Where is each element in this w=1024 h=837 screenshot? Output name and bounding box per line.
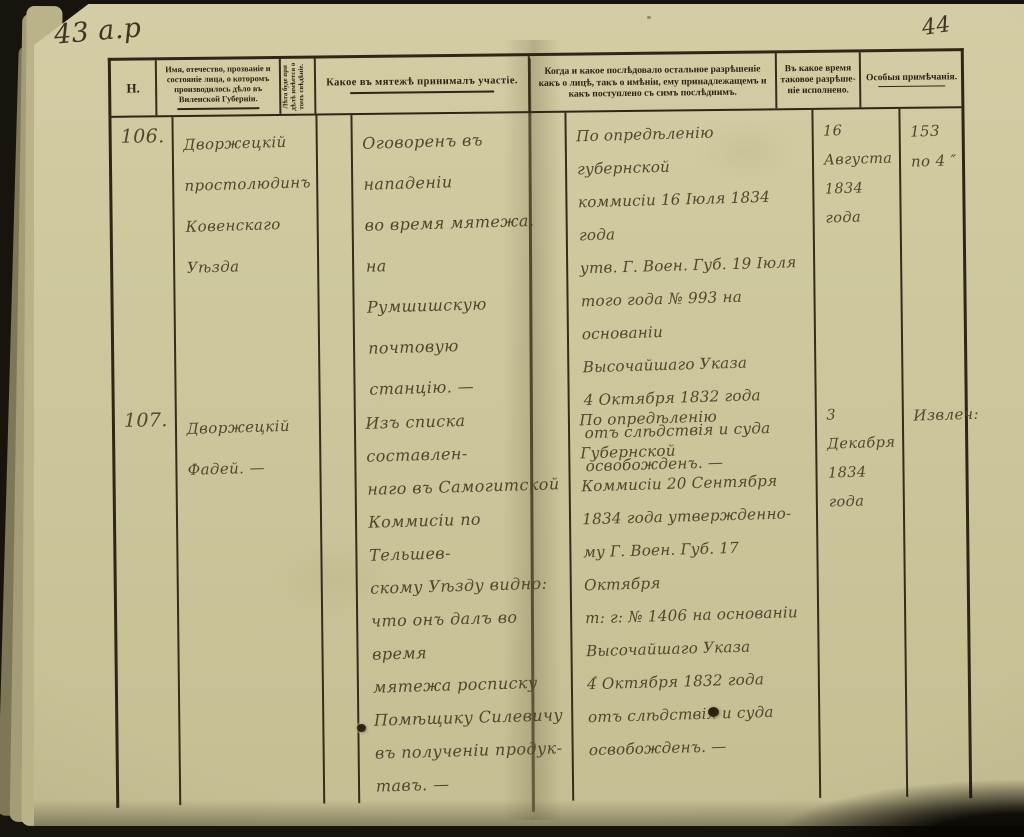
column-participation: Оговоренъ въ нападеніи во время мятежа, …: [353, 113, 575, 803]
header-execution-time: Въ какое время таковое разрѣше­ніе испол…: [777, 52, 862, 108]
entry-107-number: 107.: [115, 397, 180, 806]
header-name: Имя, отечество, прозваніе и состояніе ли…: [157, 59, 282, 115]
header-execution-time-label: Въ какое время таковое разрѣше­ніе испол…: [780, 63, 856, 97]
header-resolution: Когда и какое послѣдовало остальное разр…: [530, 53, 778, 111]
header-participation-label: Какое въ мятежѣ принималъ участіе.: [326, 75, 518, 89]
column-resolution: По опредѣленію губернской коммисіи 16 Ію…: [567, 110, 822, 801]
table-header-row: Н. Имя, отечество, прозваніе и состояніе…: [111, 51, 962, 118]
header-participation: Какое въ мятежѣ принималъ участіе.: [316, 56, 531, 113]
entry-107-name: Дворжецкій Фадей. —: [177, 393, 331, 805]
entry-107-execution-time: 3 Декабря 1834 года: [817, 387, 913, 797]
scan-shadow: [724, 767, 1024, 837]
worm-hole: [708, 707, 719, 717]
column-number: 106. 107.: [111, 117, 181, 806]
paper-speck: [594, 676, 597, 679]
entry-106-participation: Оговоренъ въ нападеніи во время мятежа, …: [353, 109, 573, 395]
entry-106-resolution: По опредѣленію губернской коммисіи 16 Ію…: [567, 106, 820, 393]
entry-106-number: 106.: [111, 117, 174, 398]
header-rule: [350, 91, 494, 94]
folio-number-right: 44: [920, 12, 952, 41]
worm-hole: [357, 724, 366, 732]
entry-106-execution-time: 16 Августа 1834 года: [814, 107, 907, 389]
header-number: Н.: [111, 60, 158, 116]
header-age: Лѣта буде при дѣлѣ имѣется о томъ свѣ­дѣ…: [281, 59, 317, 114]
table-body: 106. 107. Дворжецкій простолюдинъ Ковенс…: [111, 108, 969, 806]
header-number-label: Н.: [126, 80, 140, 96]
paper-speck: [647, 16, 651, 19]
header-name-label: Имя, отечество, прозваніе и состояніе ли…: [160, 64, 276, 105]
header-rule: [178, 107, 259, 110]
header-remarks: Особыя примѣча­нія.: [861, 51, 963, 107]
entry-107-participation: Изъ списка составлен- наго въ Самогитско…: [356, 389, 580, 803]
column-execution-time: 16 Августа 1834 года 3 Декабря 1834 года: [814, 109, 908, 798]
register-table: Н. Имя, отечество, прозваніе и состояніе…: [108, 48, 972, 808]
entry-106-remarks: 153 по 4 ″: [900, 106, 1009, 389]
header-remarks-label: Особыя примѣча­нія.: [866, 71, 957, 83]
header-rule: [878, 85, 945, 87]
entry-107-resolution: По опредѣленію Губернской Коммисіи 20 Се…: [570, 386, 827, 801]
entry-107-remarks: Извлеч:: [904, 386, 1017, 797]
header-age-label: Лѣта буде при дѣлѣ имѣется о томъ свѣ­дѣ…: [281, 59, 314, 113]
column-remarks: 153 по 4 ″ Извлеч:: [900, 108, 1009, 797]
header-resolution-label: Когда и какое послѣдовало остальное разр…: [533, 64, 772, 101]
entry-106-name: Дворжецкій простолюдинъ Ковенскаго Уѣзда: [173, 113, 324, 397]
column-name: Дворжецкій простолюдинъ Ковенскаго Уѣзда…: [173, 115, 325, 805]
